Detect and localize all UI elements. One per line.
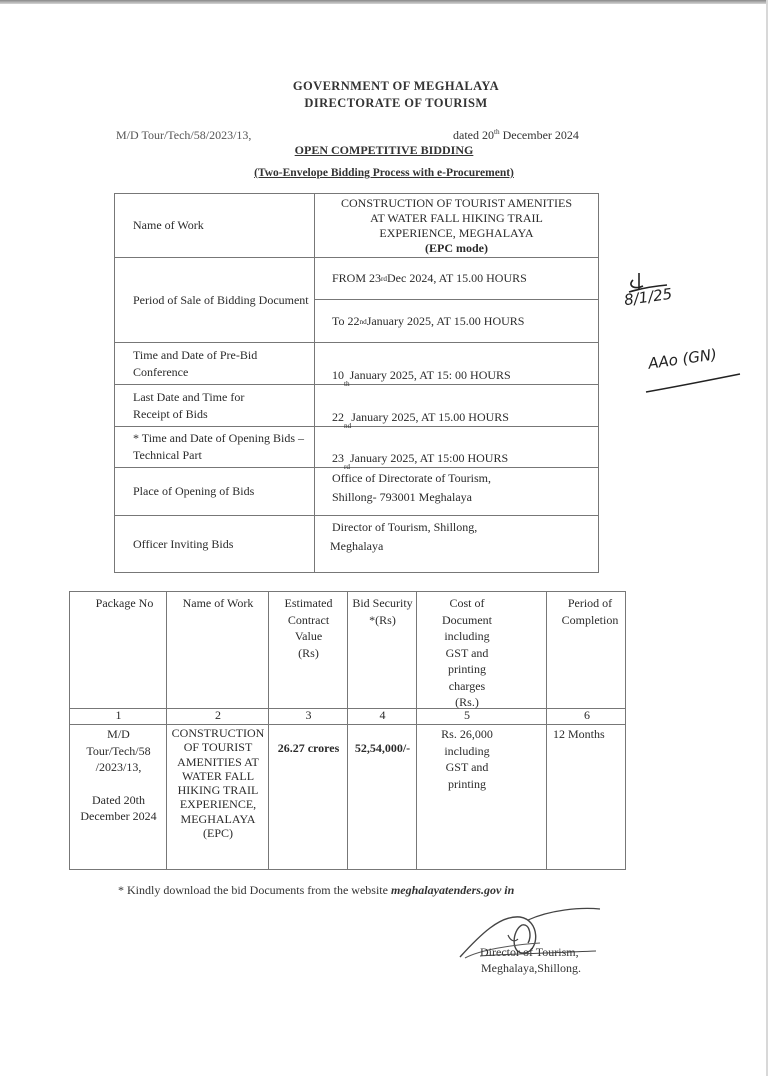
value-last-date: 22nd January 2025, AT 15.00 HOURS	[315, 385, 598, 432]
column-number: 2	[167, 708, 269, 723]
header-name-of-work: Name of Work	[167, 595, 269, 612]
value-officer: Director of Tourism, Shillong, Meghalaya	[315, 516, 598, 574]
label-place: Place of Opening of Bids	[115, 468, 315, 515]
value-pre-bid: 10th January 2025, AT 15: 00 HOURS	[315, 343, 598, 390]
row-opening: * Time and Date of Opening Bids – Techni…	[115, 427, 598, 468]
row-name-of-work: Name of Work CONSTRUCTION OF TOURIST AME…	[115, 194, 598, 258]
column-number: 6	[547, 708, 627, 723]
value-opening: 23rd January 2025, AT 15:00 HOURS	[315, 427, 598, 472]
cell-package-no: M/D Tour/Tech/58 /2023/13, Dated 20th De…	[70, 726, 167, 825]
column-number: 4	[348, 708, 417, 723]
cell-cost-of-document: Rs. 26,000 including GST and printing	[417, 726, 547, 792]
number-row-divider	[70, 724, 625, 725]
label-opening: * Time and Date of Opening Bids – Techni…	[115, 427, 315, 467]
row-place: Place of Opening of Bids Office of Direc…	[115, 468, 598, 516]
directorate-heading: DIRECTORATE OF TOURISM	[12, 96, 768, 111]
bid-details-table: Name of Work CONSTRUCTION OF TOURIST AME…	[114, 193, 599, 573]
cell-name-of-work: CONSTRUCTION OF TOURIST AMENITIES AT WAT…	[167, 726, 269, 840]
header-estimated-value: Estimated Contract Value (Rs)	[269, 595, 348, 661]
label-name-of-work: Name of Work	[115, 194, 315, 257]
header-bid-security: Bid Security *(Rs)	[348, 595, 417, 628]
column-number: 3	[269, 708, 348, 723]
signatory-location: Meghalaya,Shillong.	[481, 961, 581, 976]
cell-completion: 12 Months	[547, 726, 627, 743]
row-pre-bid: Time and Date of Pre-Bid Conference 10th…	[115, 343, 598, 385]
header-cost-of-document: Cost of Document including GST and print…	[417, 595, 547, 711]
package-table: Package No Name of Work Estimated Contra…	[69, 591, 626, 870]
label-sale-period: Period of Sale of Bidding Document	[115, 258, 315, 342]
header-period-of-completion: Period of Completion	[547, 595, 627, 628]
column-divider	[348, 592, 417, 869]
value-place: Office of Directorate of Tourism, Shillo…	[315, 468, 598, 516]
cell-estimated-value: 26.27 crores	[269, 740, 348, 757]
value-sale-to: To 22nd January 2025, AT 15.00 HOURS	[315, 300, 598, 343]
government-heading: GOVERNMENT OF MEGHALAYA	[12, 79, 768, 94]
document-subtitle: (Two-Envelope Bidding Process with e-Pro…	[0, 167, 768, 179]
label-last-date: Last Date and Time for Receipt of Bids	[115, 385, 315, 426]
label-pre-bid: Time and Date of Pre-Bid Conference	[115, 343, 315, 384]
value-sale-from: FROM 23rd Dec 2024, AT 15.00 HOURS	[315, 258, 598, 300]
row-officer: Officer Inviting Bids Director of Touris…	[115, 516, 598, 572]
column-number: 1	[70, 708, 167, 723]
row-last-date: Last Date and Time for Receipt of Bids 2…	[115, 385, 598, 427]
column-number: 5	[417, 708, 547, 723]
scan-edge	[0, 0, 768, 4]
document-title: OPEN COMPETITIVE BIDDING	[0, 143, 768, 158]
handwritten-underline	[640, 368, 750, 398]
label-officer: Officer Inviting Bids	[115, 516, 315, 572]
cell-bid-security: 52,54,000/-	[348, 740, 417, 757]
document-date: dated 20th December 2024	[453, 128, 579, 143]
row-sale-period: Period of Sale of Bidding Document FROM …	[115, 258, 598, 343]
value-name-of-work: CONSTRUCTION OF TOURIST AMENITIES AT WAT…	[315, 194, 598, 257]
header-package-no: Package No	[70, 595, 167, 612]
reference-number: M/D Tour/Tech/58/2023/13,	[116, 128, 251, 143]
